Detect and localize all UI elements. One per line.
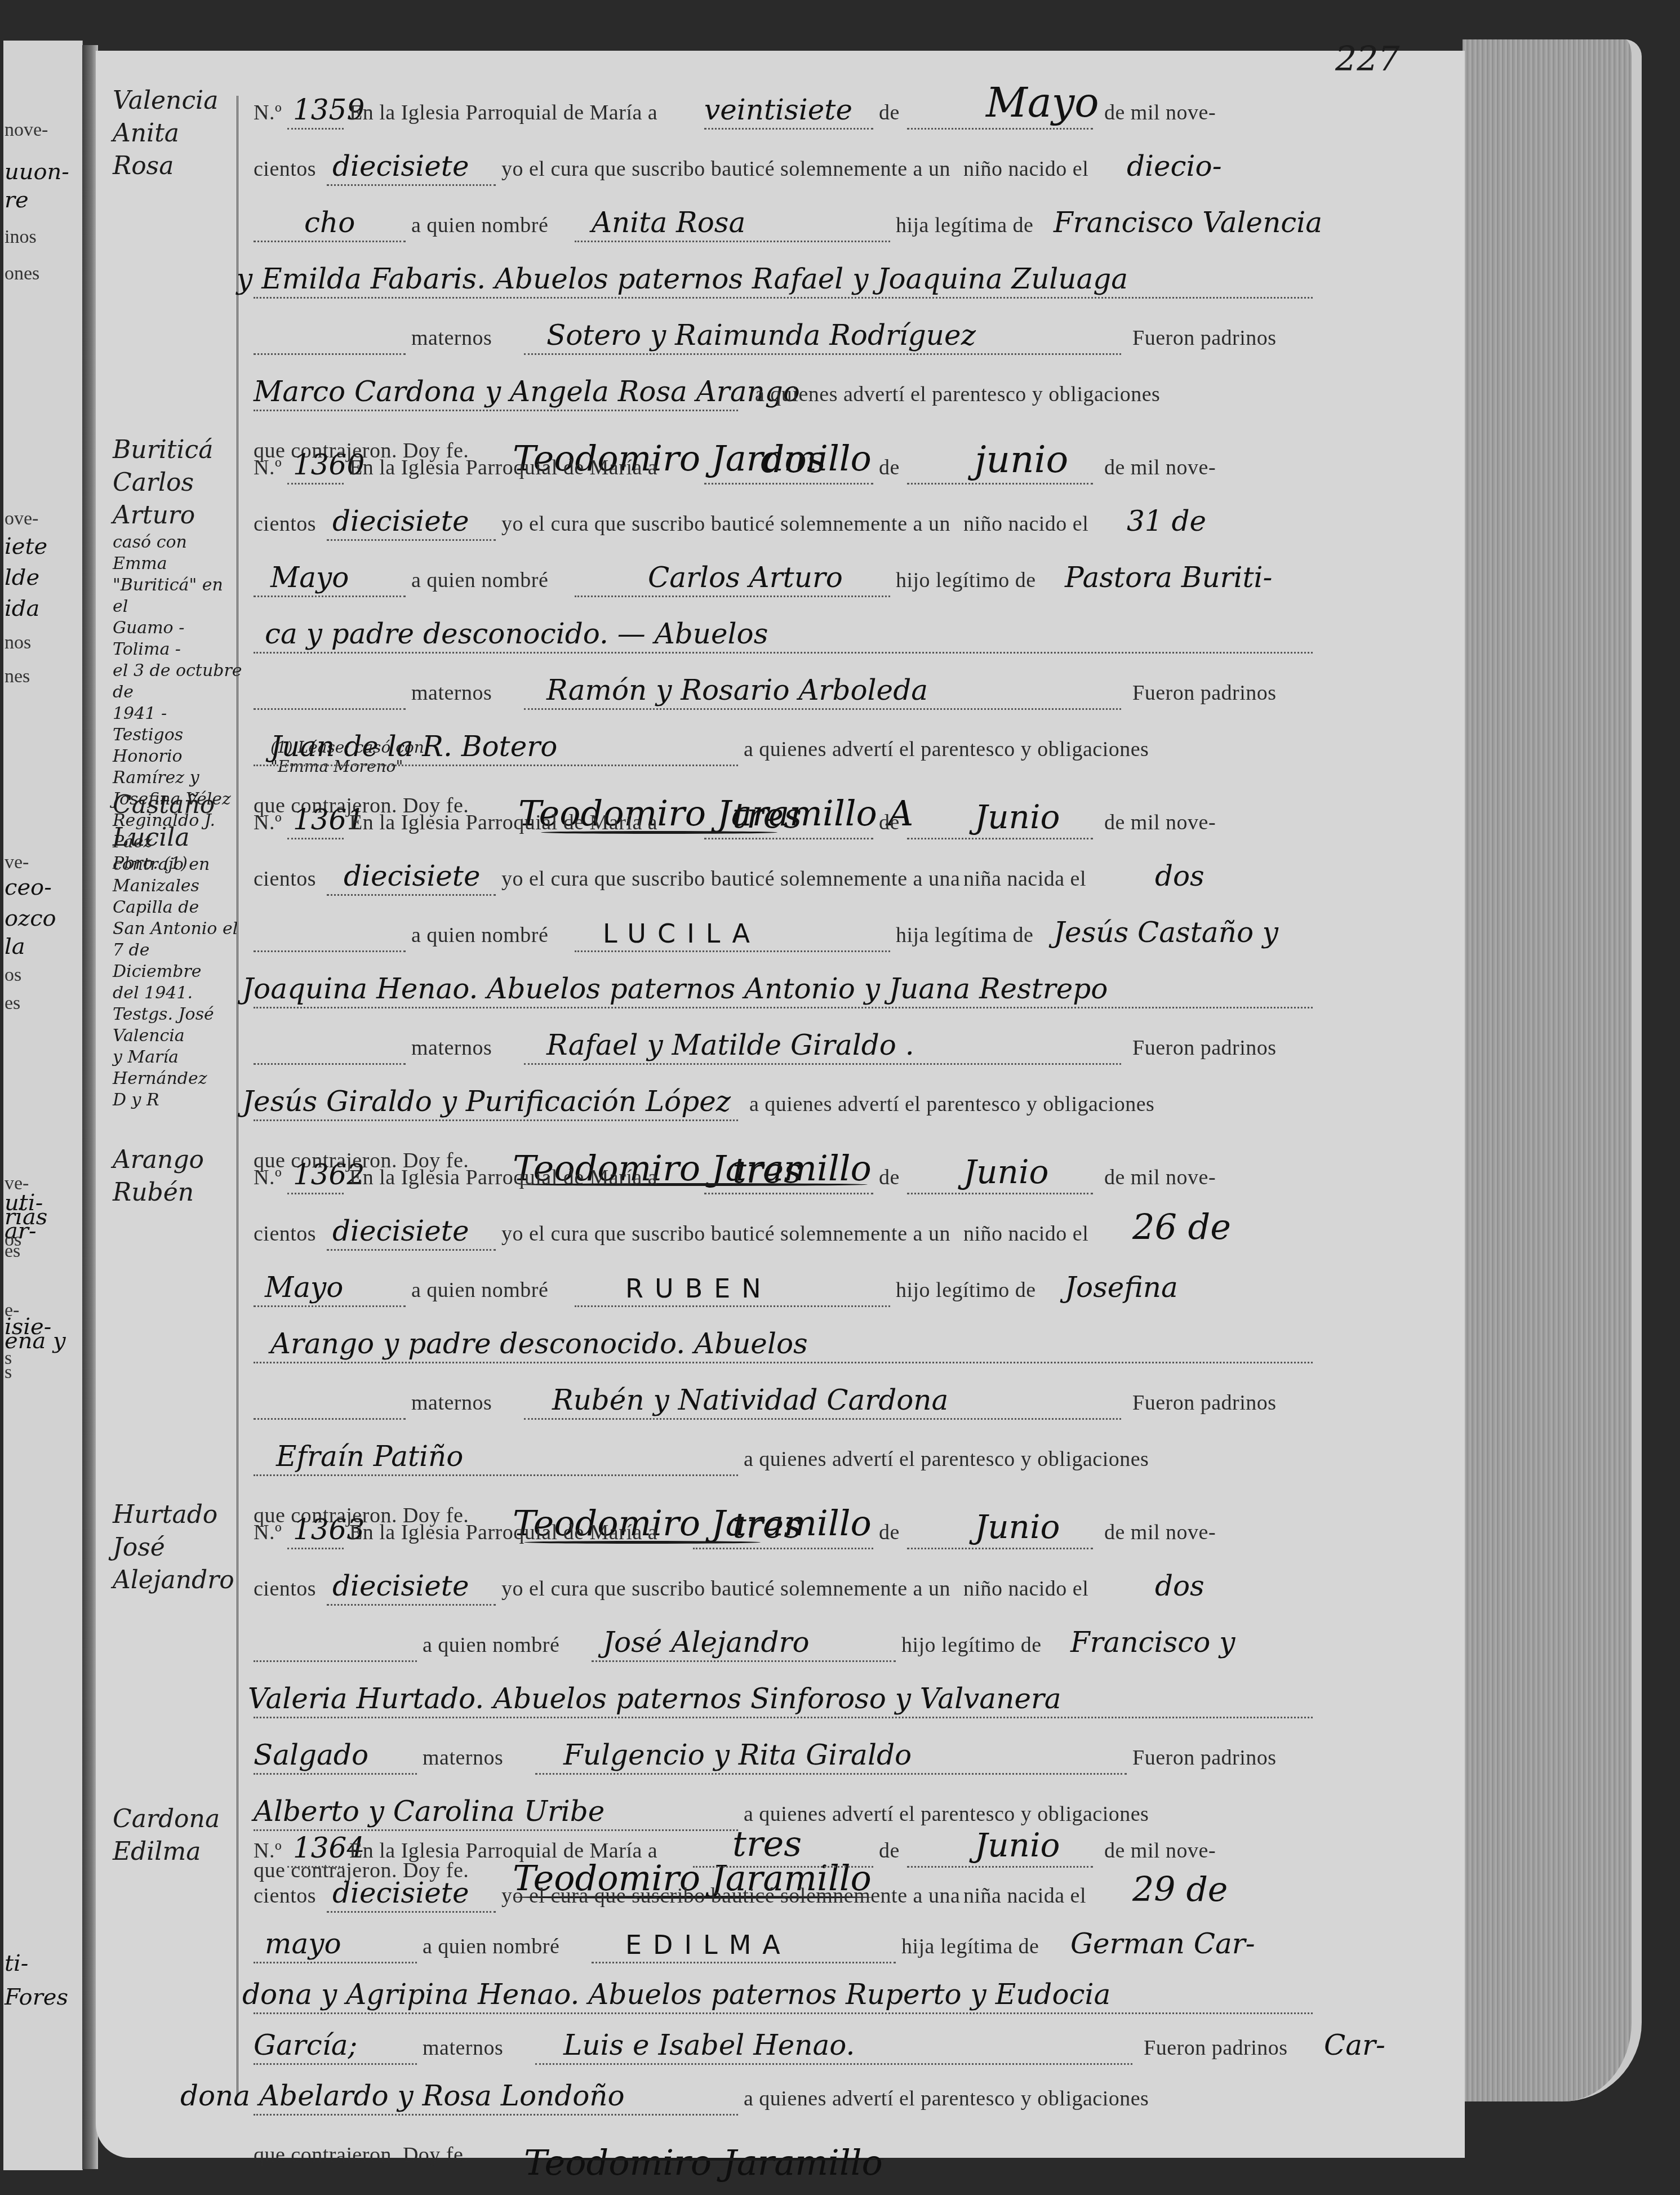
- left-page-fragment: os: [5, 965, 21, 986]
- baptism-month: Junio: [975, 1826, 1060, 1864]
- baptism-entry-1359: N.º 1359 En la Iglesia Parroquial de Mar…: [254, 79, 1448, 473]
- birth-date: 29 de: [1132, 1870, 1228, 1909]
- year-word: diecisiete: [332, 1570, 469, 1602]
- left-page-fragment: ones: [5, 263, 39, 285]
- margin-surname-1362: Arango Rubén: [113, 1144, 242, 1209]
- child-name: EDILMA: [625, 1930, 792, 1960]
- maternal-grandparents: Ramón y Rosario Arboleda: [546, 674, 928, 707]
- left-page-fragment: ve-: [5, 852, 29, 873]
- child-name: Carlos Arturo: [648, 561, 843, 594]
- year-word: diecisiete: [332, 505, 469, 537]
- parents: Jesús Castaño y: [1054, 916, 1278, 949]
- child-name: RUBEN: [625, 1273, 772, 1304]
- year-word: diecisiete: [332, 150, 469, 183]
- baptism-entry-1362: N.º 1362 En la Iglesia Parroquial de Mar…: [254, 1144, 1448, 1538]
- baptism-month: Junio: [975, 1508, 1060, 1546]
- parents: Francisco Valencia: [1054, 206, 1322, 239]
- birth-date: dos: [1155, 860, 1205, 892]
- year-word: diecisiete: [332, 1877, 469, 1909]
- left-page-fragment: s: [5, 1362, 12, 1383]
- birth-date: diecio-: [1127, 150, 1222, 183]
- baptism-entry-1364: N.º 1364 En la Iglesia Parroquial de Mar…: [254, 1817, 1448, 2178]
- margin-surname-1359: Valencia Anita Rosa: [113, 85, 242, 183]
- godparents: Jesús Giraldo y Purificación López: [242, 1085, 731, 1118]
- page-number: 227: [1335, 39, 1400, 79]
- parents: Pastora Buriti-: [1065, 561, 1272, 594]
- baptism-month: Junio: [975, 798, 1060, 836]
- left-page-fragment: nos: [5, 632, 31, 654]
- baptism-day: tres: [732, 795, 802, 836]
- parents: Francisco y: [1070, 1626, 1235, 1659]
- book-page-edges: [1463, 39, 1642, 2101]
- maternal-grandparents: Fulgencio y Rita Giraldo: [563, 1739, 912, 1771]
- maternal-grandparents: Rubén y Natividad Cardona: [552, 1384, 948, 1416]
- godparents: Marco Cardona y Angela Rosa Arango: [254, 375, 800, 408]
- child-name: José Alejandro: [603, 1626, 810, 1659]
- baptism-day: tres: [732, 1505, 802, 1546]
- maternal-grandparents: Luis e Isabel Henao.: [563, 2029, 855, 2061]
- parents: German Car-: [1070, 1927, 1255, 1960]
- margin-surname-1363: Hurtado José Alejandro: [113, 1499, 242, 1597]
- baptism-day: tres: [732, 1150, 802, 1191]
- baptism-day: dos: [761, 438, 826, 481]
- godparents: Juan de la R. Botero: [270, 730, 557, 763]
- godparents: dona Abelardo y Rosa Londoño: [180, 2080, 625, 2112]
- margin-surname-1361: Castaño Lucila contrajo en Manizales Cap…: [113, 789, 242, 1111]
- maternal-grandparents: Rafael y Matilde Giraldo .: [546, 1029, 914, 1061]
- baptism-day: tres: [732, 1823, 802, 1864]
- baptism-month: junio: [975, 438, 1068, 481]
- year-word: diecisiete: [344, 860, 481, 892]
- margin-surname-1364: Cardona Edilma: [113, 1803, 242, 1868]
- left-page-fragment: inos: [5, 226, 37, 248]
- birth-date: dos: [1155, 1570, 1205, 1602]
- baptism-month: Junio: [963, 1153, 1048, 1191]
- godparents: Efraín Patiño: [276, 1440, 463, 1473]
- baptism-entry-1361: N.º 1361 En la Iglesia Parroquial de Mar…: [254, 789, 1448, 1183]
- birth-date: 26 de: [1132, 1206, 1231, 1247]
- parents: Josefina: [1065, 1271, 1178, 1304]
- priest-signature: Teodomiro Jaramillo: [524, 2142, 883, 2183]
- left-page-fragment: ove-: [5, 508, 38, 530]
- left-facing-page-strip: nove- uuon- re inos ones ove- iete lde i…: [3, 41, 83, 2170]
- birth-date: 31 de: [1127, 505, 1206, 537]
- baptism-month: Mayo: [986, 79, 1099, 126]
- maternal-grandparents: Sotero y Raimunda Rodríguez: [546, 319, 976, 352]
- entry-separator-flourish: [535, 2158, 885, 2161]
- left-page-fragment: es: [5, 1241, 20, 1262]
- marriage-annotation-1361: contrajo en Manizales Capilla de San Ant…: [113, 854, 242, 1111]
- left-page-fragment: nove-: [5, 119, 48, 141]
- baptism-day: veintisiete: [704, 94, 852, 126]
- child-name: LUCILA: [603, 918, 761, 949]
- left-page-fragment: es: [5, 993, 20, 1014]
- year-word: diecisiete: [332, 1215, 469, 1247]
- baptism-entry-1360: N.º 1360 En la Iglesia Parroquial de Mar…: [254, 434, 1448, 828]
- left-page-fragment: nes: [5, 666, 30, 687]
- child-name: Anita Rosa: [592, 206, 745, 239]
- left-page-fragment: Fores: [5, 1984, 68, 2161]
